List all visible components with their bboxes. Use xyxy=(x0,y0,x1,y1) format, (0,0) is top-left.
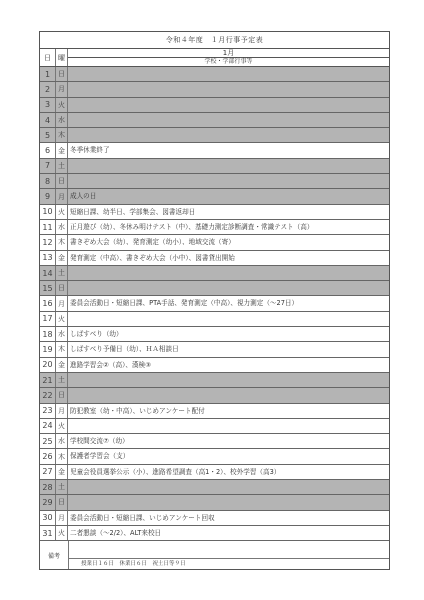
weekday-cell: 日 xyxy=(56,67,68,81)
table-row: 31火二者懇談（～2/2）、ALT来校日 xyxy=(40,526,389,541)
day-cell: 9 xyxy=(40,189,56,203)
event-cell xyxy=(68,159,389,173)
day-cell: 21 xyxy=(40,373,56,387)
day-cell: 11 xyxy=(40,220,56,234)
weekday-cell: 火 xyxy=(56,312,68,326)
weekday-cell: 金 xyxy=(56,465,68,479)
notes-label: 備考 xyxy=(40,541,69,569)
weekday-cell: 水 xyxy=(56,220,68,234)
table-row: 17火 xyxy=(40,312,389,327)
table-row: 27金児童会役員選挙公示（小）、進路希望調査（高1・2）、校外学習（高3） xyxy=(40,465,389,480)
event-cell: しばすべり予備日（幼）、ＨＡ相談日 xyxy=(68,342,389,356)
table-row: 4水 xyxy=(40,113,389,128)
weekday-cell: 木 xyxy=(56,342,68,356)
event-cell: 防犯教室（幼・中高）、いじめアンケート配付 xyxy=(68,404,389,418)
event-cell: 正月遊び（幼）、冬休み明けテスト（中）、基礎力測定診断調査・常識テスト（高） xyxy=(68,220,389,234)
day-cell: 8 xyxy=(40,174,56,188)
weekday-cell: 月 xyxy=(56,189,68,203)
table-row: 22日 xyxy=(40,388,389,403)
header-month: 1月 xyxy=(68,49,389,58)
day-cell: 26 xyxy=(40,449,56,463)
table-row: 3火 xyxy=(40,98,389,113)
weekday-cell: 月 xyxy=(56,511,68,525)
day-cell: 19 xyxy=(40,342,56,356)
day-cell: 17 xyxy=(40,312,56,326)
table-row: 20金進路学習会②（高）、漢検③ xyxy=(40,358,389,373)
table-row: 25水学校間交流⑦（幼） xyxy=(40,434,389,449)
table-header: 日 曜 1月 学校・学部行事等 xyxy=(40,49,389,67)
table-row: 16月委員会活動日・短縮日課、PTA手話、発育測定（中高）、視力測定（～27日） xyxy=(40,296,389,311)
event-cell xyxy=(68,419,389,433)
notes-section: 備考 授業日１６日 休業日６日 祝土日等９日 xyxy=(40,541,389,569)
event-cell xyxy=(68,373,389,387)
table-row: 8日 xyxy=(40,174,389,189)
day-cell: 6 xyxy=(40,143,56,157)
table-row: 26木保護者学習会（支） xyxy=(40,449,389,464)
event-cell xyxy=(68,113,389,127)
day-cell: 10 xyxy=(40,205,56,219)
table-row: 6金冬季休業終了 xyxy=(40,143,389,158)
day-cell: 18 xyxy=(40,327,56,341)
table-row: 5木 xyxy=(40,128,389,143)
table-row: 1日 xyxy=(40,67,389,82)
table-row: 11水正月遊び（幼）、冬休み明けテスト（中）、基礎力測定診断調査・常識テスト（高… xyxy=(40,220,389,235)
day-cell: 13 xyxy=(40,251,56,265)
event-cell xyxy=(68,266,389,280)
table-row: 7土 xyxy=(40,159,389,174)
header-day: 日 xyxy=(40,49,56,66)
day-cell: 15 xyxy=(40,281,56,295)
day-cell: 29 xyxy=(40,495,56,509)
table-row: 30月委員会活動日・短縮日課、いじめアンケート回収 xyxy=(40,511,389,526)
event-cell: 進路学習会②（高）、漢検③ xyxy=(68,358,389,372)
table-row: 12木書きぞめ大会（幼）、発育測定（幼小）、地域交流（寄） xyxy=(40,235,389,250)
weekday-cell: 火 xyxy=(56,205,68,219)
weekday-cell: 金 xyxy=(56,358,68,372)
table-row: 13金発育測定（中高）、書きぞめ大会（小中）、図書貸出開始 xyxy=(40,251,389,266)
table-row: 24火 xyxy=(40,419,389,434)
day-cell: 27 xyxy=(40,465,56,479)
day-cell: 24 xyxy=(40,419,56,433)
table-row: 15日 xyxy=(40,281,389,296)
event-cell: 学校間交流⑦（幼） xyxy=(68,434,389,448)
weekday-cell: 日 xyxy=(56,388,68,402)
day-cell: 2 xyxy=(40,82,56,96)
notes-blank xyxy=(69,541,389,559)
event-cell: 冬季休業終了 xyxy=(68,143,389,157)
day-cell: 25 xyxy=(40,434,56,448)
table-row: 2月 xyxy=(40,82,389,97)
event-cell: 発育測定（中高）、書きぞめ大会（小中）、図書貸出開始 xyxy=(68,251,389,265)
event-cell: 二者懇談（～2/2）、ALT来校日 xyxy=(68,526,389,540)
event-cell xyxy=(68,312,389,326)
weekday-cell: 日 xyxy=(56,495,68,509)
event-cell xyxy=(68,281,389,295)
weekday-cell: 火 xyxy=(56,98,68,112)
table-row: 29日 xyxy=(40,495,389,510)
event-cell: 書きぞめ大会（幼）、発育測定（幼小）、地域交流（寄） xyxy=(68,235,389,249)
weekday-cell: 金 xyxy=(56,143,68,157)
weekday-cell: 火 xyxy=(56,526,68,540)
event-cell xyxy=(68,67,389,81)
event-cell: 委員会活動日・短縮日課、PTA手話、発育測定（中高）、視力測定（～27日） xyxy=(68,296,389,310)
event-cell xyxy=(68,98,389,112)
day-cell: 5 xyxy=(40,128,56,142)
day-cell: 16 xyxy=(40,296,56,310)
header-weekday: 曜 xyxy=(56,49,68,66)
weekday-cell: 土 xyxy=(56,480,68,494)
weekday-cell: 月 xyxy=(56,82,68,96)
notes-body: 授業日１６日 休業日６日 祝土日等９日 xyxy=(69,541,389,569)
event-cell xyxy=(68,82,389,96)
day-cell: 28 xyxy=(40,480,56,494)
day-cell: 20 xyxy=(40,358,56,372)
weekday-cell: 月 xyxy=(56,404,68,418)
event-cell: 短縮日課、幼半日、学部集会、図書返却日 xyxy=(68,205,389,219)
table-row: 14土 xyxy=(40,266,389,281)
event-cell: 成人の日 xyxy=(68,189,389,203)
day-cell: 22 xyxy=(40,388,56,402)
weekday-cell: 土 xyxy=(56,266,68,280)
day-cell: 3 xyxy=(40,98,56,112)
document-title: 令和４年度 １月行事予定表 xyxy=(40,32,389,49)
weekday-cell: 木 xyxy=(56,449,68,463)
event-cell: 児童会役員選挙公示（小）、進路希望調査（高1・2）、校外学習（高3） xyxy=(68,465,389,479)
event-cell xyxy=(68,495,389,509)
event-cell xyxy=(68,128,389,142)
day-cell: 31 xyxy=(40,526,56,540)
day-cell: 4 xyxy=(40,113,56,127)
weekday-cell: 土 xyxy=(56,373,68,387)
weekday-cell: 木 xyxy=(56,128,68,142)
day-cell: 23 xyxy=(40,404,56,418)
table-row: 28土 xyxy=(40,480,389,495)
weekday-cell: 木 xyxy=(56,235,68,249)
weekday-cell: 水 xyxy=(56,327,68,341)
day-cell: 30 xyxy=(40,511,56,525)
event-cell: しばすべり（幼） xyxy=(68,327,389,341)
event-cell: 保護者学習会（支） xyxy=(68,449,389,463)
header-main: 1月 学校・学部行事等 xyxy=(68,49,389,66)
event-cell xyxy=(68,388,389,402)
day-cell: 12 xyxy=(40,235,56,249)
weekday-cell: 日 xyxy=(56,281,68,295)
weekday-cell: 水 xyxy=(56,434,68,448)
day-cell: 14 xyxy=(40,266,56,280)
table-row: 21土 xyxy=(40,373,389,388)
schedule-table: 令和４年度 １月行事予定表 日 曜 1月 学校・学部行事等 1日2月3火4水5木… xyxy=(39,31,390,570)
weekday-cell: 水 xyxy=(56,113,68,127)
table-row: 10火短縮日課、幼半日、学部集会、図書返却日 xyxy=(40,205,389,220)
weekday-cell: 月 xyxy=(56,296,68,310)
event-cell: 委員会活動日・短縮日課、いじめアンケート回収 xyxy=(68,511,389,525)
event-cell xyxy=(68,174,389,188)
table-row: 9月成人の日 xyxy=(40,189,389,204)
weekday-cell: 金 xyxy=(56,251,68,265)
table-row: 19木しばすべり予備日（幼）、ＨＡ相談日 xyxy=(40,342,389,357)
day-cell: 1 xyxy=(40,67,56,81)
table-row: 23月防犯教室（幼・中高）、いじめアンケート配付 xyxy=(40,404,389,419)
event-cell xyxy=(68,480,389,494)
table-body: 1日2月3火4水5木6金冬季休業終了7土8日9月成人の日10火短縮日課、幼半日、… xyxy=(40,67,389,541)
table-row: 18水しばすべり（幼） xyxy=(40,327,389,342)
day-cell: 7 xyxy=(40,159,56,173)
weekday-cell: 土 xyxy=(56,159,68,173)
weekday-cell: 日 xyxy=(56,174,68,188)
notes-summary: 授業日１６日 休業日６日 祝土日等９日 xyxy=(69,559,389,569)
weekday-cell: 火 xyxy=(56,419,68,433)
header-column-label: 学校・学部行事等 xyxy=(68,58,389,66)
